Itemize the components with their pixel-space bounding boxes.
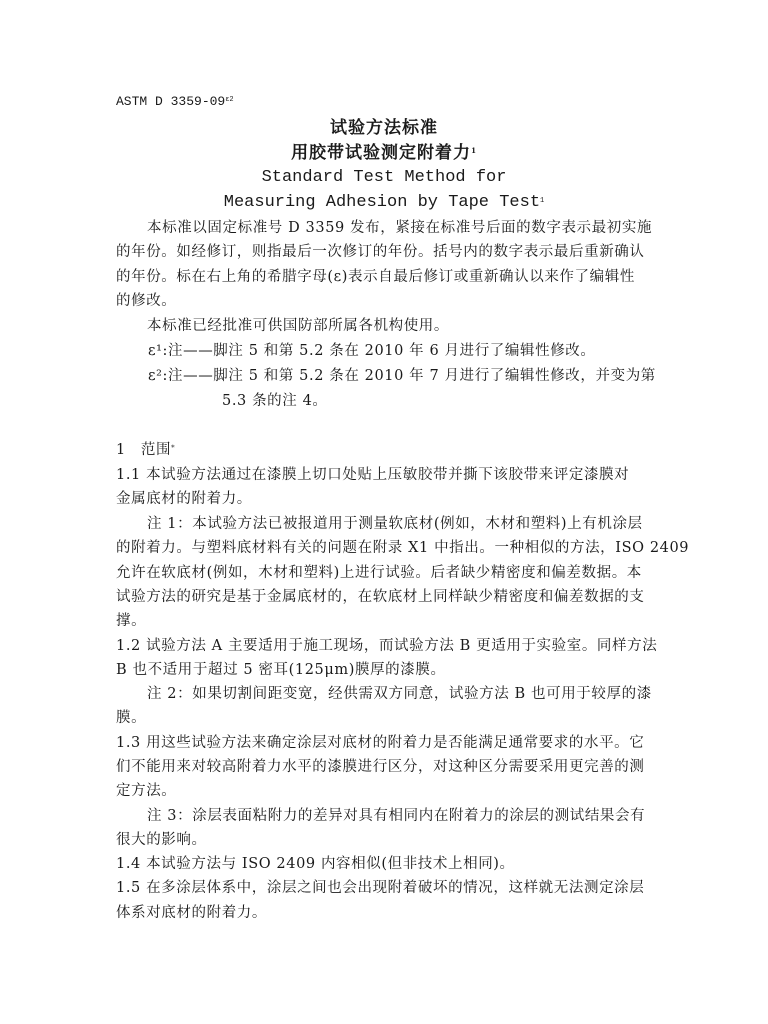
- note-1: 注 1：本试验方法已被报道用于测量软底材(例如，木材和塑料)上有机涂层: [147, 515, 643, 533]
- standard-id: ASTM D 3359-09ε2: [116, 93, 234, 111]
- section-heading-text: 1 范围: [116, 442, 171, 458]
- note-1-cont: 试验方法的研究是基于金属底材的，在软底材上同样缺少精密度和偏差数据的支: [116, 588, 645, 606]
- title-en-1: Standard Test Method for: [0, 169, 768, 187]
- note-3-cont: 很大的影响。: [116, 831, 207, 849]
- title-cn-2: 用胶带试验测定附着力1: [0, 144, 768, 162]
- clause-1-5: 1.5 在多涂层体系中，涂层之间也会出现附着破坏的情况，这样就无法测定涂层: [116, 879, 644, 897]
- para-intro-line: 的修改。: [116, 292, 176, 310]
- epsilon-note-2-cont: 5.3 条的注 4。: [222, 392, 328, 410]
- title-en-2: Measuring Adhesion by Tape Test1: [0, 194, 768, 212]
- note-1-cont: 允许在软底材(例如，木材和塑料)上进行试验。后者缺少精密度和偏差数据。本: [116, 564, 642, 582]
- standard-id-text: ASTM D 3359-09: [116, 94, 225, 109]
- epsilon-note-2: ε²:注——脚注 5 和第 5.2 条在 2010 年 7 月进行了编辑性修改，…: [148, 367, 656, 385]
- clause-1-3-cont: 们不能用来对较高附着力水平的漆膜进行区分，对这种区分需要采用更完善的测: [116, 758, 645, 776]
- clause-1-2: 1.2 试验方法 A 主要适用于施工现场，而试验方法 B 更适用于实验室。同样方…: [116, 637, 657, 655]
- document-page: ASTM D 3359-09ε2 试验方法标准 用胶带试验测定附着力1 Stan…: [0, 0, 768, 1024]
- title-cn-2-footnote: 1: [471, 146, 477, 155]
- note-1-cont: 的附着力。与塑料底材料有关的问题在附录 X1 中指出。一种相似的方法，ISO 2…: [116, 539, 689, 557]
- section-heading-scope: 1 范围*: [116, 441, 175, 459]
- title-cn-1: 试验方法标准: [0, 119, 768, 137]
- para-intro-line: 本标准以固定标准号 D 3359 发布，紧接在标准号后面的数字表示最初实施: [147, 219, 652, 237]
- clause-1-1: 1.1 本试验方法通过在漆膜上切口处贴上压敏胶带并撕下该胶带来评定漆膜对: [116, 466, 629, 484]
- title-en-2-footnote: 1: [540, 197, 544, 205]
- para-intro-line: 的年份。如经修订，则指最后一次修订的年份。括号内的数字表示最后重新确认: [116, 243, 645, 261]
- note-1-cont: 撑。: [116, 612, 146, 630]
- clause-1-3: 1.3 用这些试验方法来确定涂层对底材的附着力是否能满足通常要求的水平。它: [116, 734, 644, 752]
- clause-1-5-cont: 体系对底材的附着力。: [116, 904, 267, 922]
- clause-1-1-cont: 金属底材的附着力。: [116, 490, 252, 508]
- note-2-cont: 膜。: [116, 709, 146, 727]
- note-3: 注 3：涂层表面粘附力的差异对具有相同内在附着力的涂层的测试结果会有: [147, 807, 645, 825]
- standard-id-superscript: ε2: [225, 96, 233, 104]
- clause-1-3-cont: 定方法。: [116, 782, 176, 800]
- title-en-2-text: Measuring Adhesion by Tape Test: [224, 193, 540, 212]
- title-cn-2-text: 用胶带试验测定附着力: [291, 143, 471, 163]
- clause-1-4: 1.4 本试验方法与 ISO 2409 内容相似(但非技术上相同)。: [116, 855, 515, 873]
- para-intro-line: 的年份。标在右上角的希腊字母(ε)表示自最后修订或重新确认以来作了编辑性: [116, 268, 635, 286]
- epsilon-note-1: ε¹:注——脚注 5 和第 5.2 条在 2010 年 6 月进行了编辑性修改。: [148, 342, 596, 360]
- clause-1-2-cont: B 也不适用于超过 5 密耳(125μm)膜厚的漆膜。: [116, 661, 446, 679]
- para-approval: 本标准已经批准可供国防部所属各机构使用。: [147, 317, 449, 335]
- section-heading-footnote: *: [171, 444, 175, 452]
- note-2: 注 2：如果切割间距变宽，经供需双方同意，试验方法 B 也可用于较厚的漆: [147, 685, 652, 703]
